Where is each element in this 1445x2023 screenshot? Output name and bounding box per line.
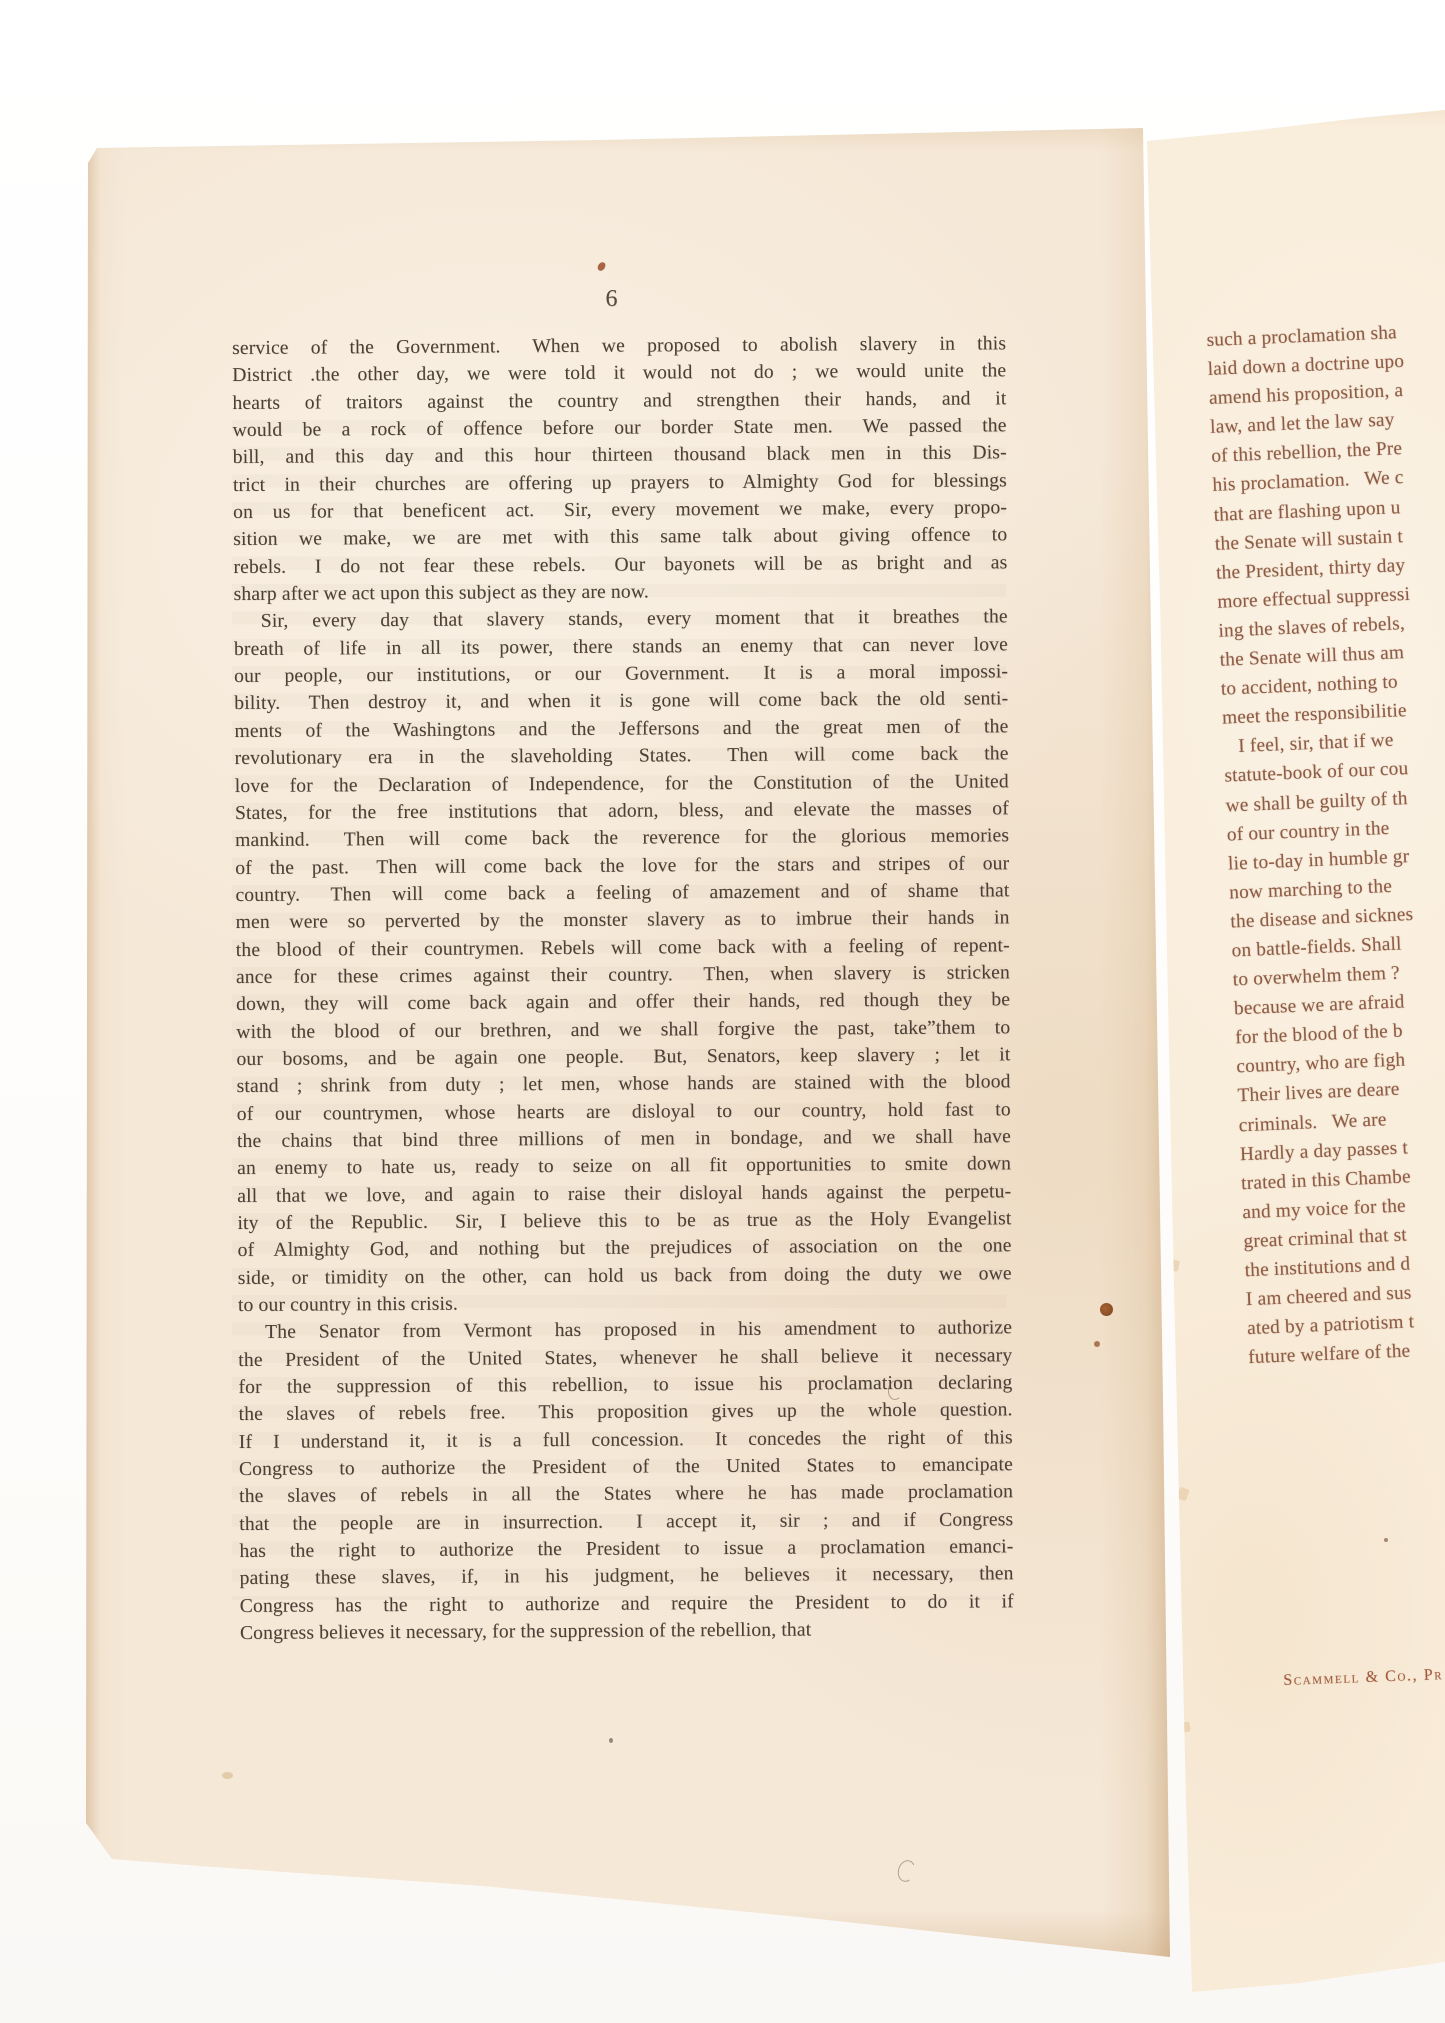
page-six-leaf: 6 service of the Government. When we pro… xyxy=(86,128,1172,1958)
printer-imprint: Scammell & Co., Pr xyxy=(1283,1666,1444,1690)
text-line: the slaves of rebels free. This proposit… xyxy=(239,1397,1013,1429)
text-line: District .the other day, we were told it… xyxy=(232,358,1006,390)
photograph-of-pamphlet: such a proclamation shalaid down a doctr… xyxy=(0,0,1445,2023)
left-page-text: service of the Government. When we propo… xyxy=(232,330,1014,1647)
paper-stain xyxy=(222,1772,233,1779)
foxing-spot xyxy=(1384,1538,1388,1542)
text-line: revolutionary era in the slaveholding St… xyxy=(235,740,1009,772)
text-line: down, they will come back again and offe… xyxy=(236,987,1010,1019)
right-page-text: such a proclamation shalaid down a doctr… xyxy=(1206,309,1445,1373)
page-number: 6 xyxy=(592,286,632,313)
text-line: men were so perverted by the monster sla… xyxy=(236,904,1010,936)
text-line: of Almighty God, and nothing but the pre… xyxy=(238,1233,1012,1265)
text-line: side, or timidity on the other, can hold… xyxy=(238,1260,1012,1292)
text-line: an enemy to hate us, ready to seize on a… xyxy=(237,1151,1011,1183)
paper-nick xyxy=(1181,1721,1190,1732)
text-line: Congress believes it necessary, for the … xyxy=(240,1615,1014,1647)
foxing-spot xyxy=(1100,1303,1113,1316)
paper-nick xyxy=(1176,1487,1190,1502)
paper-nick xyxy=(1163,1405,1171,1415)
text-line: rebels. I do not fear these rebels. Our … xyxy=(233,549,1007,581)
text-line: sition we make, we are met with this sam… xyxy=(233,522,1007,554)
paper-nick xyxy=(1169,1259,1180,1272)
text-line: The Senator from Vermont has proposed in… xyxy=(238,1315,1012,1347)
text-line: Sir, every day that slavery stands, ever… xyxy=(234,604,1008,636)
text-line: Congress has the right to authorize and … xyxy=(240,1588,1014,1620)
text-line: mankind. Then will come back the reveren… xyxy=(235,822,1009,854)
ink-speck xyxy=(609,1738,613,1743)
text-line: the slaves of rebels in all the States w… xyxy=(239,1479,1013,1511)
page-right-leaf: such a proclamation shalaid down a doctr… xyxy=(1130,100,1445,1995)
foxing-spot xyxy=(1094,1341,1100,1347)
text-line: bill, and this day and this hour thirtee… xyxy=(233,440,1007,472)
text-line: stand ; shrink from duty ; let men, whos… xyxy=(237,1069,1011,1101)
